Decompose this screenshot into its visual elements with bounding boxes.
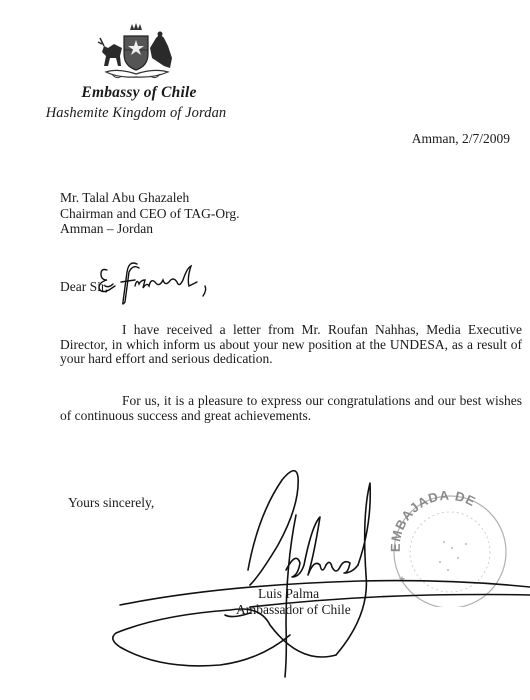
seal-text: EMBAJADA DE: [388, 488, 479, 552]
embassy-seal-icon: EMBAJADA DE ★: [378, 482, 518, 607]
svg-text:EMBAJADA DE: EMBAJADA DE: [388, 488, 479, 552]
recipient-name: Mr. Talal Abu Ghazaleh: [60, 190, 240, 206]
letterhead-host-country: Hashemite Kingdom of Jordan: [36, 105, 236, 122]
signatory-name: Luis Palma: [258, 586, 319, 602]
letterhead-organization: Embassy of Chile: [64, 84, 214, 102]
body-paragraph-1-text: I have received a letter from Mr. Roufan…: [60, 322, 522, 366]
signatory-title: Ambassador of Chile: [236, 602, 351, 618]
recipient-location: Amman – Jordan: [60, 221, 240, 237]
coat-of-arms-icon: [88, 22, 184, 86]
svg-text:★: ★: [398, 574, 406, 584]
closing-line: Yours sincerely,: [68, 495, 154, 511]
handwritten-friend-icon: [93, 258, 213, 308]
date-line: Amman, 2/7/2009: [412, 131, 510, 147]
body-paragraph-2: For us, it is a pleasure to express our …: [60, 394, 522, 423]
body-paragraph-1: I have received a letter from Mr. Roufan…: [60, 323, 522, 367]
body-paragraph-2-text: For us, it is a pleasure to express our …: [60, 393, 522, 423]
recipient-title: Chairman and CEO of TAG-Org.: [60, 206, 240, 222]
recipient-address: Mr. Talal Abu Ghazaleh Chairman and CEO …: [60, 190, 240, 237]
